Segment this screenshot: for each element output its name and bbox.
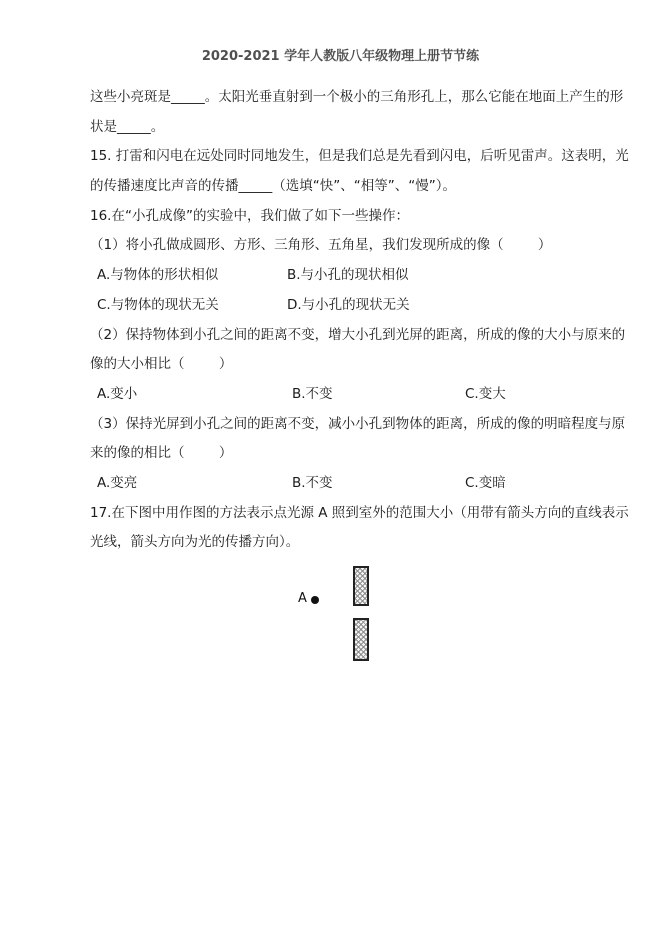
option-16-2-A: A.变小: [97, 380, 137, 410]
point-a-label: A: [298, 591, 307, 607]
option-16-2-C: C.变大: [465, 380, 506, 410]
question-16-part2-options-row: A.变小 B.不变 C.变大: [90, 380, 600, 410]
document-page: 2020-2021 学年人教版八年级物理上册节节练 这些小亮斑是_____。太阳…: [0, 0, 661, 935]
question-14-tail-line-2: 状是_____。: [90, 113, 600, 143]
option-16-1-D: D.与小孔的现状无关: [287, 291, 410, 321]
question-16-part1-stem: （1）将小孔做成圆形、方形、三角形、五角星，我们发现所成的像（ ）: [90, 231, 600, 261]
question-16-part3-stem-line-1: （3）保持光屏到小孔之间的距离不变，减小小孔到物体的距离，所成的像的明暗程度与原: [90, 410, 600, 440]
option-16-2-B: B.不变: [292, 380, 333, 410]
question-14-tail-line-1: 这些小亮斑是_____。太阳光垂直射到一个极小的三角形孔上，那么它能在地面上产生…: [90, 83, 600, 113]
question-16-part2-stem-line-1: （2）保持物体到小孔之间的距离不变，增大小孔到光屏的距离，所成的像的大小与原来的: [90, 321, 600, 351]
wall-rectangle-top: [353, 566, 369, 606]
option-16-1-A: A.与物体的形状相似: [97, 261, 218, 291]
document-title: 2020-2021 学年人教版八年级物理上册节节练: [10, 45, 661, 64]
option-16-1-C: C.与物体的现状无关: [97, 291, 219, 321]
question-15-line-2: 的传播速度比声音的传播_____（选填“快”、“相等”、“慢”）。: [90, 172, 600, 202]
question-16-part2-stem-line-2: 像的大小相比（ ）: [90, 350, 600, 380]
question-17-line-2: 光线，箭头方向为光的传播方向）。: [90, 528, 600, 558]
question-16-part3-stem-line-2: 来的像的相比（ ）: [90, 439, 600, 469]
option-16-1-B: B.与小孔的现状相似: [287, 261, 409, 291]
question-16-part1-options-row-1: A.与物体的形状相似 B.与小孔的现状相似: [90, 261, 600, 291]
question-16-stem: 16.在“小孔成像”的实验中，我们做了如下一些操作：: [90, 202, 600, 232]
option-16-3-B: B.不变: [292, 469, 333, 499]
option-16-3-A: A.变亮: [97, 469, 137, 499]
question-17-figure: A: [0, 558, 661, 683]
question-17-line-1: 17.在下图中用作图的方法表示点光源 A 照到室外的范围大小（用带有箭头方向的直…: [90, 499, 600, 529]
question-16-part1-options-row-2: C.与物体的现状无关 D.与小孔的现状无关: [90, 291, 600, 321]
light-source-dot: [311, 596, 319, 604]
question-16-part3-options-row: A.变亮 B.不变 C.变暗: [90, 469, 600, 499]
document-body: 这些小亮斑是_____。太阳光垂直射到一个极小的三角形孔上，那么它能在地面上产生…: [90, 83, 600, 558]
option-16-3-C: C.变暗: [465, 469, 506, 499]
question-15-line-1: 15. 打雷和闪电在远处同时同地发生，但是我们总是先看到闪电，后听见雷声。这表明…: [90, 142, 600, 172]
wall-rectangle-bottom: [353, 618, 369, 661]
